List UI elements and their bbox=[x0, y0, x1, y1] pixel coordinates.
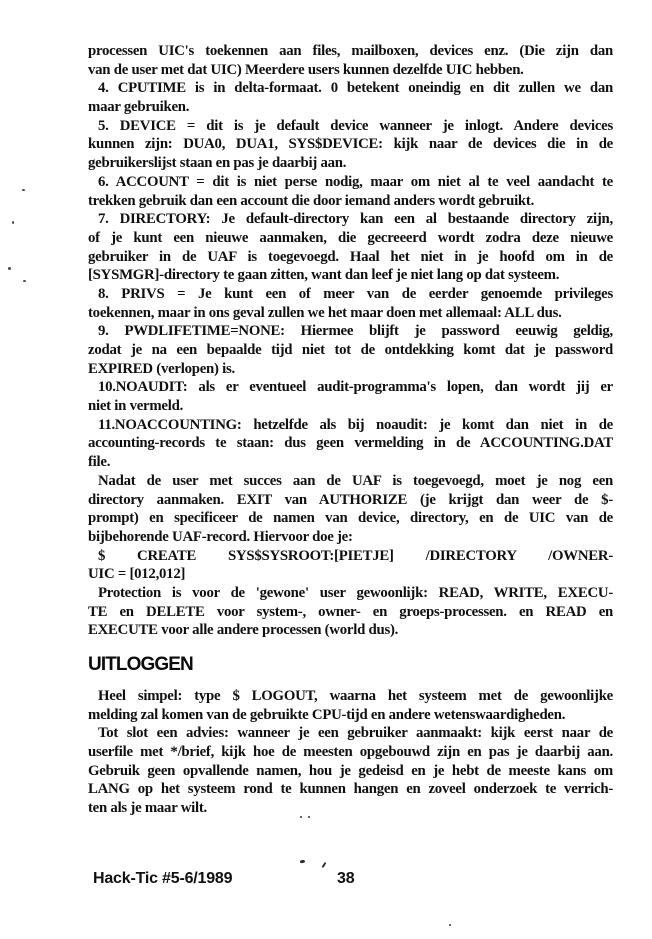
ink-speck bbox=[8, 267, 11, 270]
text-line: EXPIRED (verlopen) is. bbox=[88, 360, 613, 379]
text-line: [SYSMGR]-directory te gaan zitten, want … bbox=[88, 266, 613, 285]
text-line: directory aanmaken. EXIT van AUTHORIZE (… bbox=[88, 491, 613, 510]
paragraph: Tot slot een advies: wanneer je een gebr… bbox=[88, 724, 613, 817]
text-line: of je kunt een nieuwe aanmaken, die gecr… bbox=[88, 229, 613, 248]
paragraph: 11.NOACCOUNTING: hetzelfde als bij noaud… bbox=[88, 416, 613, 472]
paragraph: 5. DEVICE = dit is je default device wan… bbox=[88, 117, 613, 173]
text-line: toekennen, maar in ons geval zullen we h… bbox=[88, 304, 613, 323]
text-line: 4. CPUTIME is in delta-formaat. 0 beteke… bbox=[88, 79, 613, 98]
text-line: LANG op het systeem rond te kunnen hange… bbox=[88, 780, 613, 799]
paragraph: Nadat de user met succes aan de UAF is t… bbox=[88, 472, 613, 547]
text-line: Protection is voor de 'gewone' user gewo… bbox=[88, 584, 613, 603]
paragraph: $ CREATE SYS$SYSROOT:[PIETJE] /DIRECTORY… bbox=[88, 547, 613, 584]
text-line: $ CREATE SYS$SYSROOT:[PIETJE] /DIRECTORY… bbox=[88, 547, 613, 566]
text-line: accounting-records te staan: dus geen ve… bbox=[88, 434, 613, 453]
ink-speck bbox=[300, 816, 302, 818]
ink-speck bbox=[22, 189, 25, 191]
text-line: EXECUTE voor alle andere processen (worl… bbox=[88, 621, 613, 640]
scanned-page: processen UIC's toekennen aan files, mai… bbox=[0, 0, 652, 939]
text-line: UIC = [012,012] bbox=[88, 565, 613, 584]
ink-speck bbox=[23, 280, 26, 282]
text-line: userfile met */brief, kijk hoe de meeste… bbox=[88, 743, 613, 762]
text-line: kunnen zijn: DUA0, DUA1, SYS$DEVICE: kij… bbox=[88, 135, 613, 154]
ink-speck bbox=[449, 924, 451, 926]
text-line: prompt) en specificeer de namen van devi… bbox=[88, 509, 613, 528]
text-line: gebruikerslijst staan en pas je daarbij … bbox=[88, 154, 613, 173]
paragraph: 8. PRIVS = Je kunt een of meer van de ee… bbox=[88, 285, 613, 322]
section-heading: UITLOGGEN bbox=[88, 655, 613, 675]
page-footer: Hack-Tic #5-6/1989 38 bbox=[0, 868, 652, 888]
paragraph: processen UIC's toekennen aan files, mai… bbox=[88, 42, 613, 79]
text-line: 10.NOAUDIT: als er eventueel audit-progr… bbox=[88, 378, 613, 397]
text-line: niet in vermeld. bbox=[88, 397, 613, 416]
text-line: van de user met dat UIC) Meerdere users … bbox=[88, 61, 613, 80]
text-line: file. bbox=[88, 453, 613, 472]
text-line: bijbehorende UAF-record. Hiervoor doe je… bbox=[88, 528, 613, 547]
ink-speck bbox=[308, 816, 310, 818]
paragraph: 10.NOAUDIT: als er eventueel audit-progr… bbox=[88, 378, 613, 415]
text-line: Gebruik geen opvallende namen, hou je ge… bbox=[88, 762, 613, 781]
footer-issue-label: Hack-Tic #5-6/1989 bbox=[93, 871, 232, 887]
text-line: processen UIC's toekennen aan files, mai… bbox=[88, 42, 613, 61]
paragraph: Protection is voor de 'gewone' user gewo… bbox=[88, 584, 613, 640]
paragraph: 7. DIRECTORY: Je default-directory kan e… bbox=[88, 210, 613, 285]
footer-page-number: 38 bbox=[337, 871, 354, 887]
paragraph: 9. PWDLIFETIME=NONE: Hiermee blijft je p… bbox=[88, 322, 613, 378]
paragraph: 6. ACCOUNT = dit is niet perse nodig, ma… bbox=[88, 173, 613, 210]
text-line: 7. DIRECTORY: Je default-directory kan e… bbox=[88, 210, 613, 229]
ink-speck bbox=[12, 221, 14, 224]
text-line: 6. ACCOUNT = dit is niet perse nodig, ma… bbox=[88, 173, 613, 192]
text-line: trekken gebruik dan een account die door… bbox=[88, 192, 613, 211]
paragraph: 4. CPUTIME is in delta-formaat. 0 beteke… bbox=[88, 79, 613, 116]
text-line: Nadat de user met succes aan de UAF is t… bbox=[88, 472, 613, 491]
text-line: gebruiker in de UAF is toegevoegd. Haal … bbox=[88, 248, 613, 267]
paragraph: Heel simpel: type $ LOGOUT, waarna het s… bbox=[88, 687, 613, 724]
text-line: 5. DEVICE = dit is je default device wan… bbox=[88, 117, 613, 136]
ink-speck bbox=[300, 859, 306, 863]
text-line: zodat je na een bepaalde tijd niet tot d… bbox=[88, 341, 613, 360]
text-line: 8. PRIVS = Je kunt een of meer van de ee… bbox=[88, 285, 613, 304]
text-line: 11.NOACCOUNTING: hetzelfde als bij noaud… bbox=[88, 416, 613, 435]
page-body-text: processen UIC's toekennen aan files, mai… bbox=[88, 42, 613, 818]
text-line: melding zal komen van de gebruikte CPU-t… bbox=[88, 706, 613, 725]
text-line: ten als je maar wilt. bbox=[88, 799, 613, 818]
text-line: TE en DELETE voor system-, owner- en gro… bbox=[88, 603, 613, 622]
text-line: maar gebruiken. bbox=[88, 98, 613, 117]
text-line: Heel simpel: type $ LOGOUT, waarna het s… bbox=[88, 687, 613, 706]
text-line: Tot slot een advies: wanneer je een gebr… bbox=[88, 724, 613, 743]
text-line: 9. PWDLIFETIME=NONE: Hiermee blijft je p… bbox=[88, 322, 613, 341]
